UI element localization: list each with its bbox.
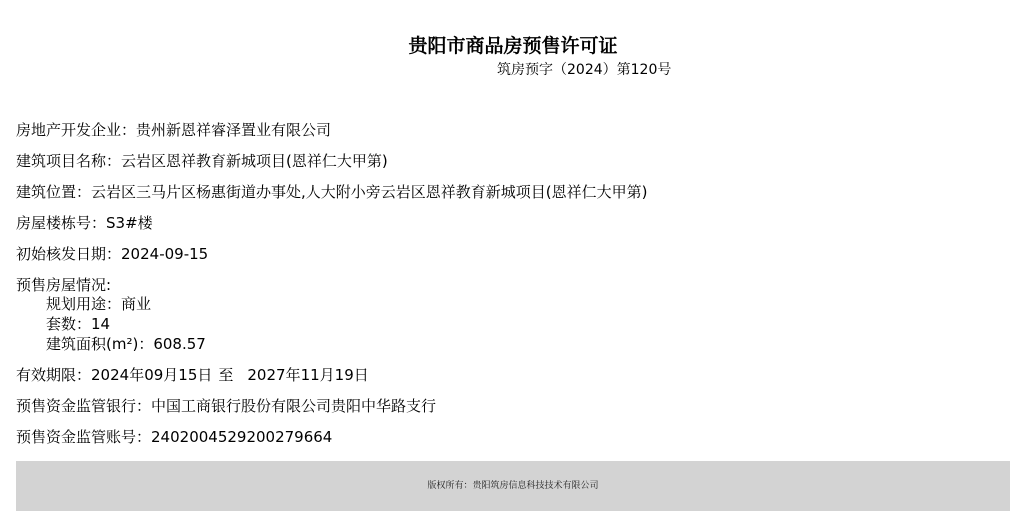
developer-row: 房地产开发企业：贵州新恩祥睿泽置业有限公司 <box>16 119 648 150</box>
validity-row: 有效期限：2024年09月15日至2027年11月19日 <box>16 364 648 395</box>
permit-number: 筑房预字（2024）第120号 <box>497 60 671 80</box>
building-no-label: 房屋楼栋号： <box>16 214 106 232</box>
bank-row: 预售资金监管银行：中国工商银行股份有限公司贵阳中华路支行 <box>16 395 648 426</box>
permit-details: 房地产开发企业：贵州新恩祥睿泽置业有限公司 建筑项目名称：云岩区恩祥教育新城项目… <box>16 119 648 457</box>
location-row: 建筑位置：云岩区三马片区杨惠街道办事处,人大附小旁云岩区恩祥教育新城项目(恩祥仁… <box>16 181 648 212</box>
units-label: 套数： <box>46 315 91 333</box>
account-label: 预售资金监管账号： <box>16 428 151 446</box>
issue-date-row: 初始核发日期：2024-09-15 <box>16 243 648 274</box>
location-label: 建筑位置： <box>16 183 91 201</box>
account-row: 预售资金监管账号：2402004529200279664 <box>16 426 648 457</box>
building-no-row: 房屋楼栋号：S3#楼 <box>16 212 648 243</box>
page-title: 贵阳市商品房预售许可证 <box>0 34 1012 58</box>
account-value: 2402004529200279664 <box>151 428 332 446</box>
area-row: 建筑面积(m²)：608.57 <box>16 334 648 354</box>
copyright-text: 版权所有：贵阳筑房信息科技技术有限公司 <box>427 481 598 491</box>
presale-section: 预售房屋情况: 规划用途：商业 套数：14 建筑面积(m²)：608.57 <box>16 274 648 354</box>
presale-heading: 预售房屋情况: <box>16 274 648 294</box>
developer-value: 贵州新恩祥睿泽置业有限公司 <box>136 121 331 139</box>
issue-date-value: 2024-09-15 <box>121 245 208 263</box>
developer-label: 房地产开发企业： <box>16 121 136 139</box>
validity-label: 有效期限： <box>16 366 91 384</box>
building-no-value: S3#楼 <box>106 214 153 232</box>
bank-value: 中国工商银行股份有限公司贵阳中华路支行 <box>151 397 436 415</box>
validity-separator: 至 <box>218 366 233 384</box>
issue-date-label: 初始核发日期： <box>16 245 121 263</box>
bank-label: 预售资金监管银行： <box>16 397 151 415</box>
usage-row: 规划用途：商业 <box>16 294 648 314</box>
project-name-row: 建筑项目名称：云岩区恩祥教育新城项目(恩祥仁大甲第) <box>16 150 648 181</box>
units-value: 14 <box>91 315 110 333</box>
area-label: 建筑面积(m²)： <box>46 335 153 353</box>
validity-end: 2027年11月19日 <box>247 366 368 384</box>
units-row: 套数：14 <box>16 314 648 334</box>
validity-start: 2024年09月15日 <box>91 366 212 384</box>
usage-value: 商业 <box>121 295 151 313</box>
project-name-label: 建筑项目名称： <box>16 152 121 170</box>
footer: 版权所有：贵阳筑房信息科技技术有限公司 <box>16 461 1010 511</box>
location-value: 云岩区三马片区杨惠街道办事处,人大附小旁云岩区恩祥教育新城项目(恩祥仁大甲第) <box>91 183 647 201</box>
area-value: 608.57 <box>153 335 206 353</box>
project-name-value: 云岩区恩祥教育新城项目(恩祥仁大甲第) <box>121 152 388 170</box>
usage-label: 规划用途： <box>46 295 121 313</box>
